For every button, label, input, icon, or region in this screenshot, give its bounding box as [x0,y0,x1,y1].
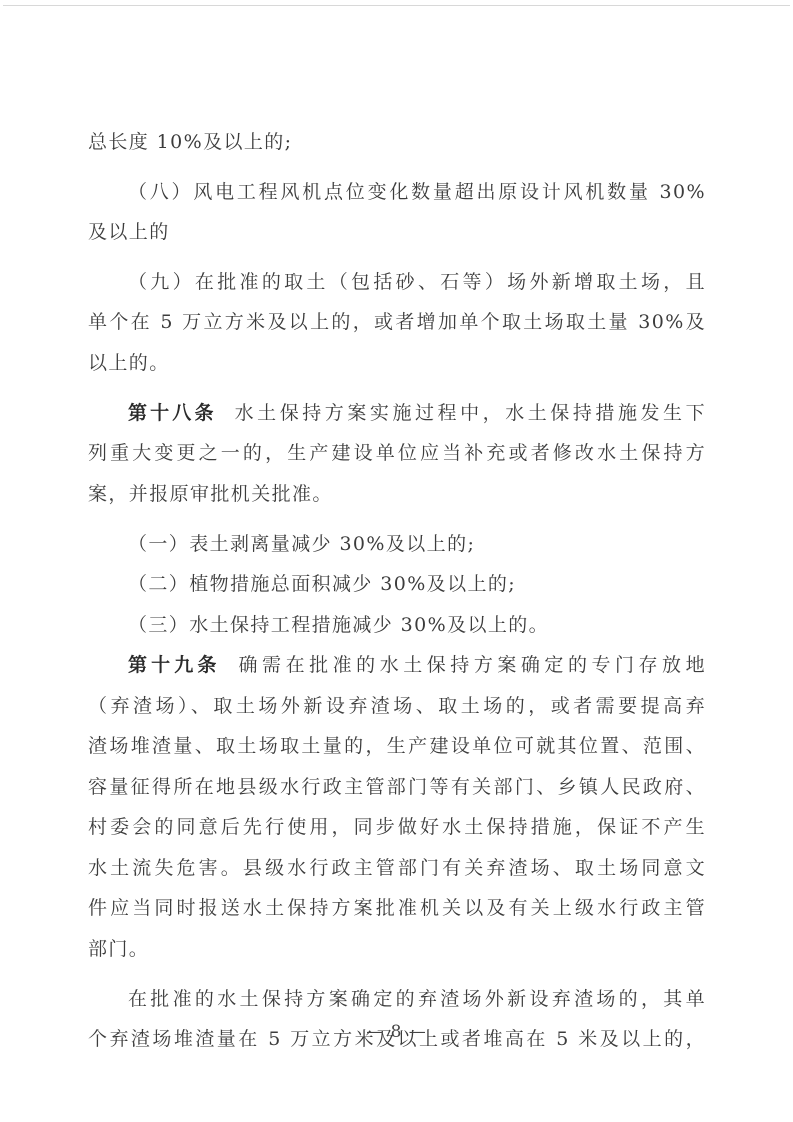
text-line: 确需在批准的水土保持方案确定的专门存放地 [239,654,706,676]
text-line: 水土流失危害。县级水行政主管部门有关弃渣场、取土场同意文 [88,856,706,880]
text-line: 件应当同时报送水土保持方案批准机关以及有关上级水行政主管 [88,896,706,920]
article-19-first-line: 第十九条确需在批准的水土保持方案确定的专门存放地 [128,653,706,677]
text-line: 案，并报原审批机关批准。 [88,482,333,506]
text-line: 以上的。 [88,351,170,375]
text-line: （九）在批准的取土（包括砂、石等）场外新增取土场，且 [128,270,706,294]
text-line: 单个在 5 万立方米及以上的，或者增加单个取土场取土量 30%及 [88,310,706,334]
list-item: （三）水土保持工程措施减少 30%及以上的。 [128,613,549,637]
text-line: 渣场堆渣量、取土场取土量的，生产建设单位可就其位置、范围、 [88,734,706,758]
text-line: 及以上的 [88,220,170,244]
text-line: （弃渣场）、取土场外新设弃渣场、取土场的，或者需要提高弃 [88,694,706,718]
article-label: 第十八条 [128,402,217,424]
list-item: （一）表土剥离量减少 30%及以上的; [128,532,475,556]
text-line: 列重大变更之一的，生产建设单位应当补充或者修改水土保持方 [88,441,706,465]
text-line: 部门。 [88,937,149,961]
page-number: — 8 — [0,1022,793,1042]
text-line: 水土保持方案实施过程中，水土保持措施发生下 [235,402,706,424]
text-line: 容量征得所在地县级水行政主管部门等有关部门、乡镇人民政府、 [88,775,706,799]
text-line: 村委会的同意后先行使用，同步做好水土保持措施，保证不产生 [88,815,706,839]
list-item: （二）植物措施总面积减少 30%及以上的; [128,572,516,596]
article-label: 第十九条 [128,654,221,676]
text-line: （八）风电工程风机点位变化数量超出原设计风机数量 30% [128,180,706,204]
article-18-first-line: 第十八条水土保持方案实施过程中，水土保持措施发生下 [128,401,706,425]
page-top-edge [3,5,790,6]
text-line: 总长度 10%及以上的; [88,130,292,154]
text-line: 在批准的水土保持方案确定的弃渣场外新设弃渣场的，其单 [128,987,706,1011]
